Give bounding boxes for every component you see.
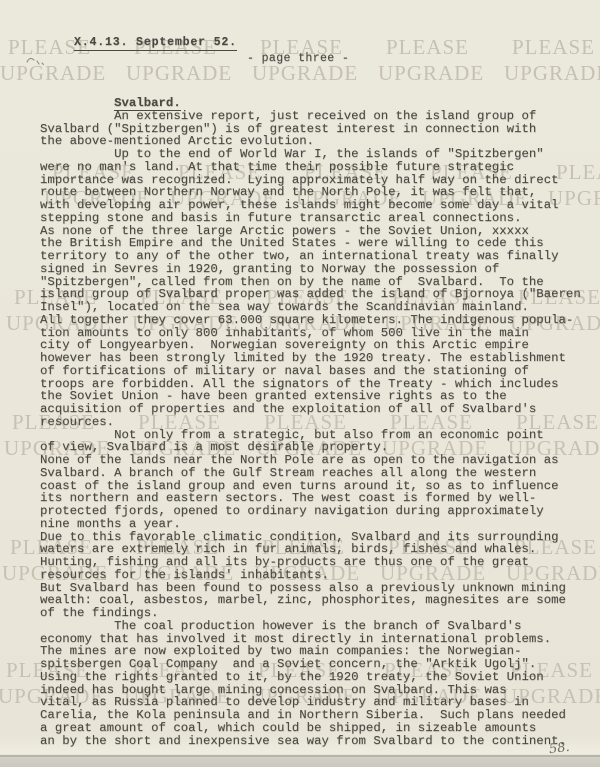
- watermark-text: UPGRADE: [126, 61, 232, 86]
- pen-mark: [25, 53, 51, 71]
- watermark-text: UPGRADE: [378, 61, 484, 86]
- watermark-text: UPGRADE: [504, 61, 600, 86]
- text-line: acquisition of properties and the exploi…: [40, 403, 596, 416]
- text-line: an by the short and inexpensive sea way …: [40, 735, 596, 748]
- scan-edge: [0, 755, 600, 757]
- watermark-text: PLEASE: [386, 35, 469, 60]
- watermark-text: UPGRADE: [0, 61, 106, 86]
- document-reference: X.4.13. September 52.: [74, 36, 237, 51]
- scanned-document-page: PLEASEUPGRADEPLEASEUPGRADEPLEASEUPGRADEP…: [0, 0, 600, 767]
- document-lines: Svalbard. An extensive report, just rece…: [40, 97, 596, 747]
- page-label: - page three -: [247, 52, 349, 65]
- watermark-text: PLEASE: [512, 35, 595, 60]
